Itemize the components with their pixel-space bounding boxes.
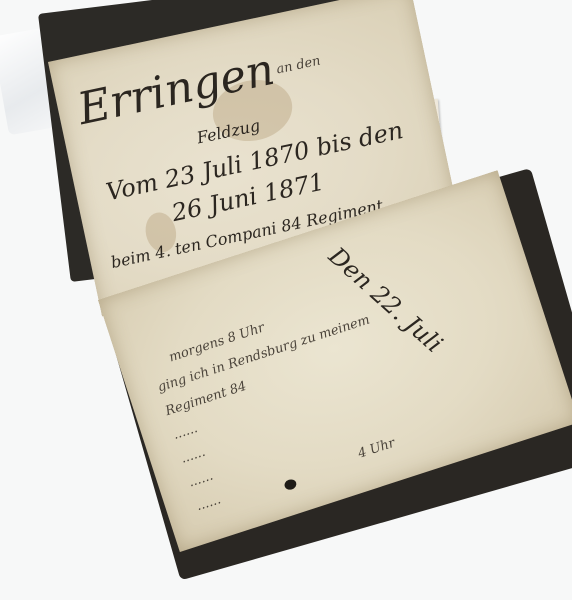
entry-line: ...... bbox=[195, 492, 223, 514]
title-suffix: an den bbox=[275, 54, 322, 78]
ink-blot bbox=[283, 478, 298, 491]
entry-heading: Den 22. Juli bbox=[323, 242, 448, 358]
photo-scene: Erringen an den Feldzug Vom 23 Juli 1870… bbox=[0, 0, 572, 600]
entry-line: ...... bbox=[187, 469, 215, 491]
entry-line: ...... bbox=[179, 445, 207, 467]
entry-line: 4 Uhr bbox=[356, 436, 397, 462]
entry-line: ...... bbox=[171, 421, 199, 443]
